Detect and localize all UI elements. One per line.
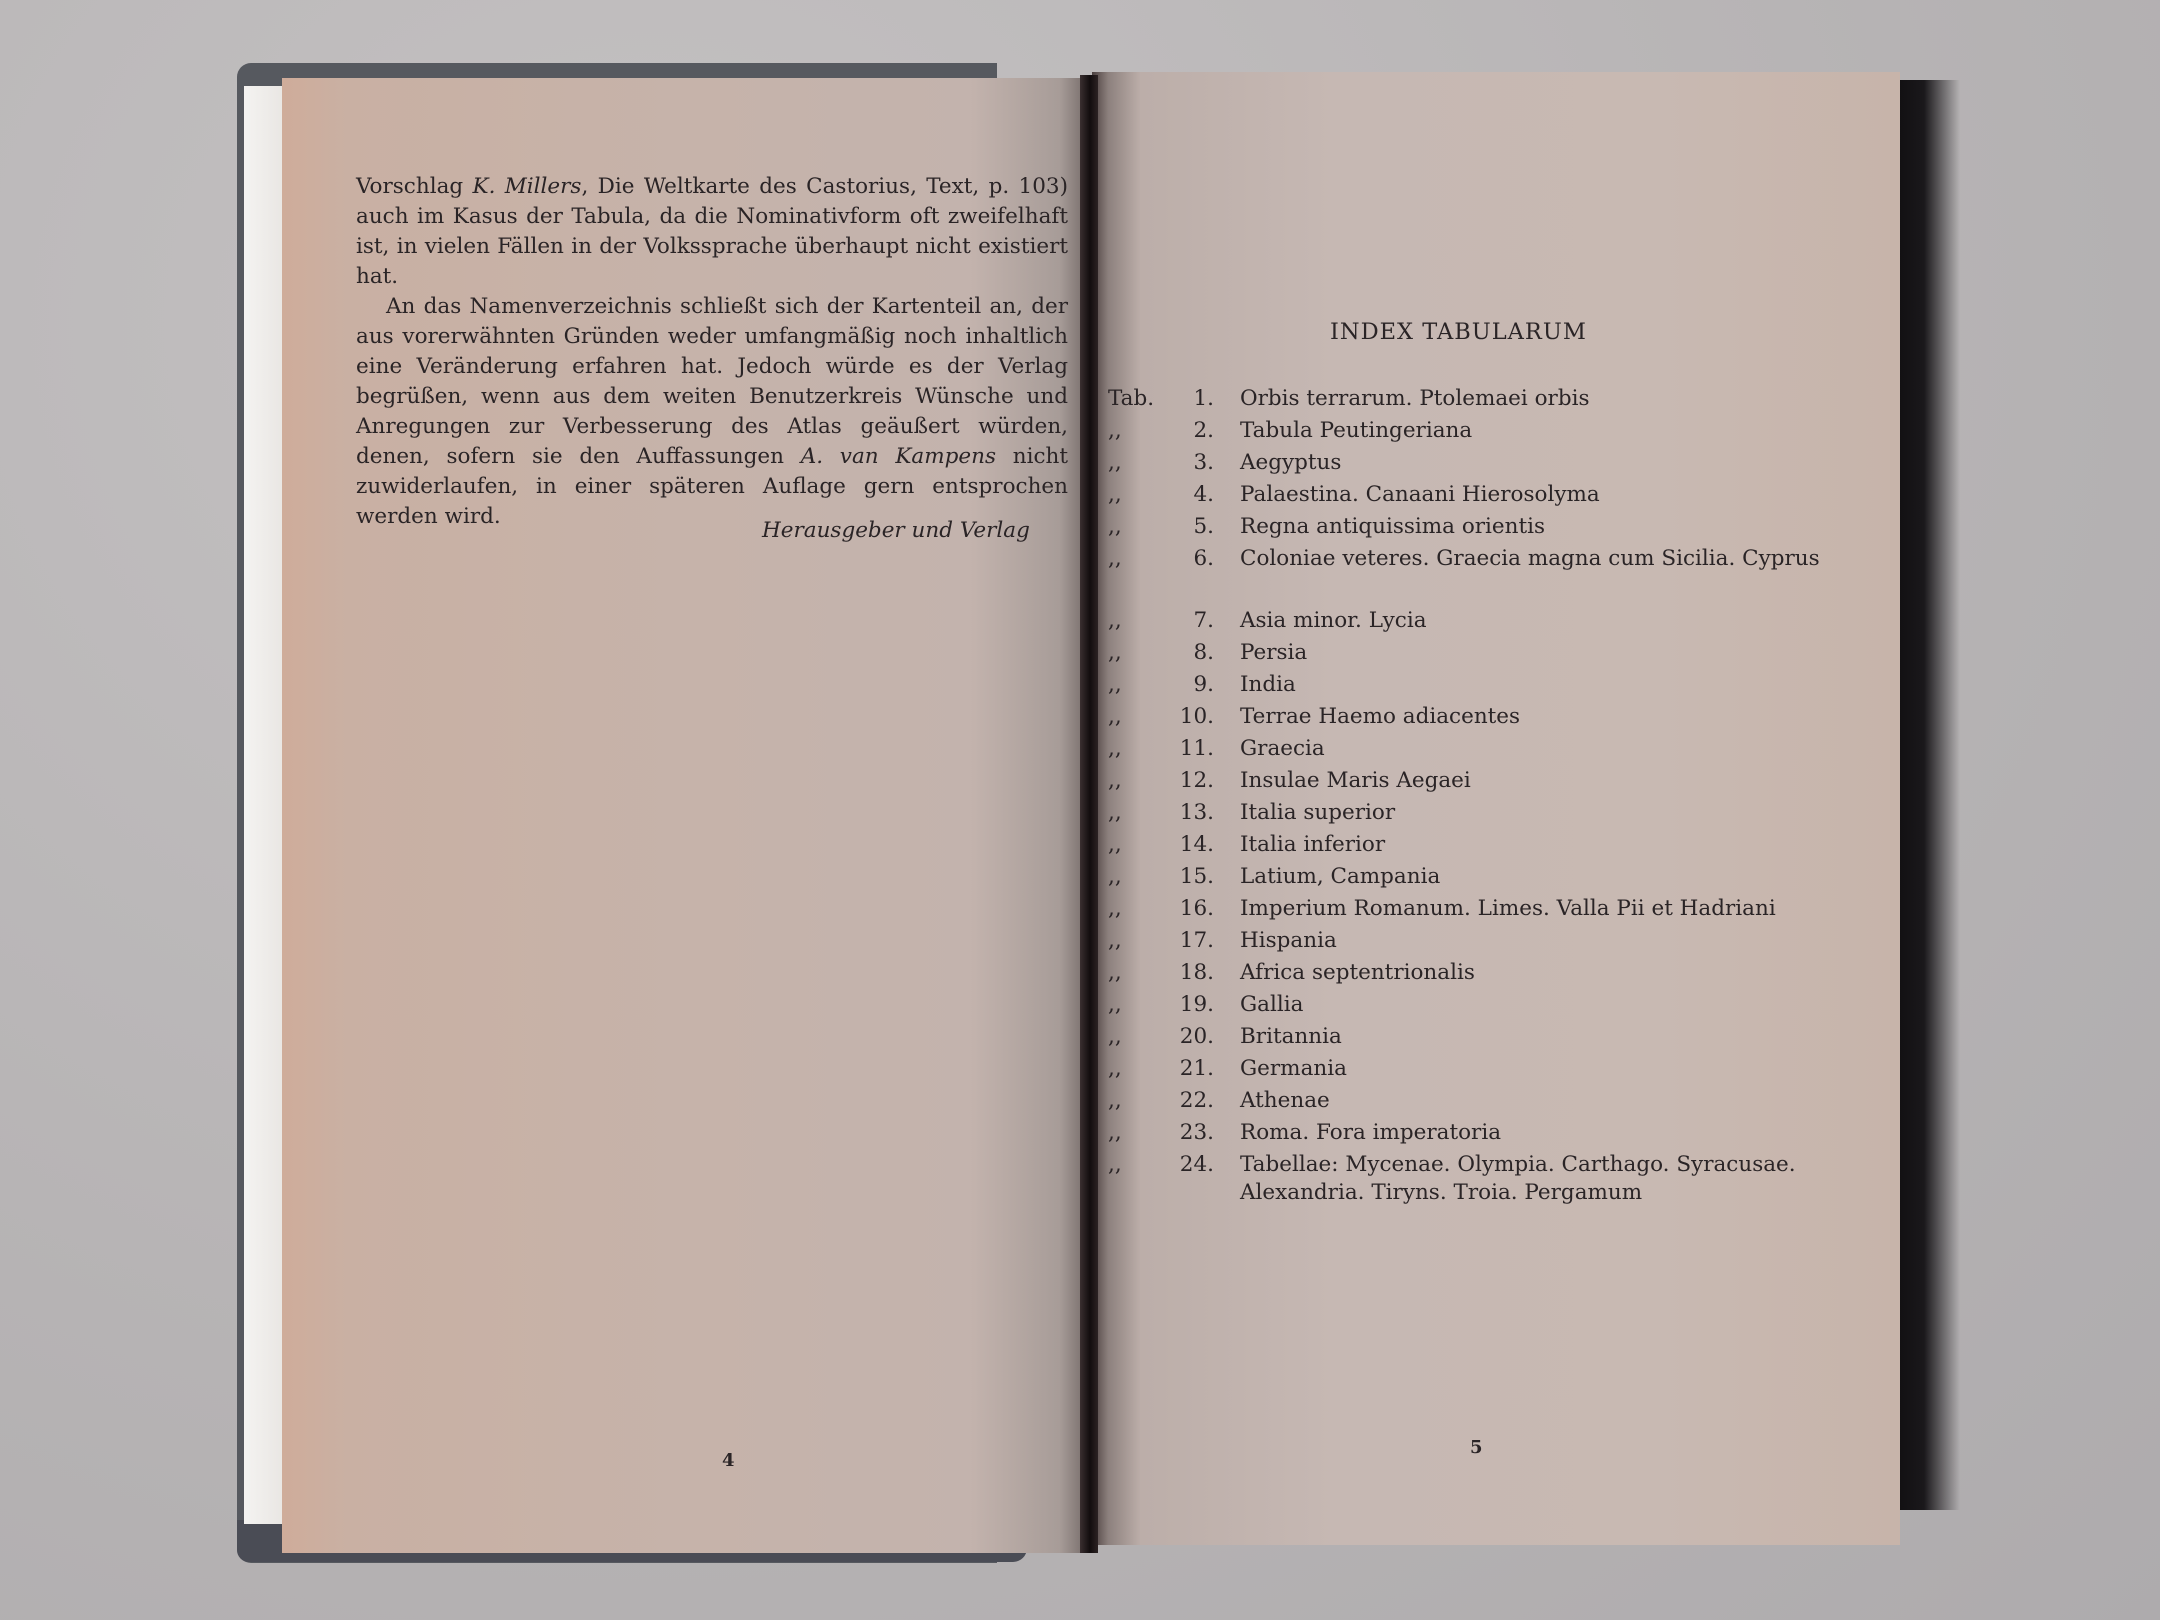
entry-number: 11. [1164, 735, 1214, 763]
page-block-edges [244, 86, 284, 1524]
entry-prefix: ,, [1108, 735, 1164, 763]
entry-number: 22. [1164, 1087, 1214, 1115]
entry-title: Hispania [1240, 927, 1840, 955]
entry-title: Imperium Romanum. Limes. Valla Pii et Ha… [1240, 895, 1840, 923]
index-entry: ,,2.Tabula Peutingeriana [1108, 417, 1868, 449]
index-entry: ,,13.Italia superior [1108, 799, 1868, 831]
index-entry: ,,12.Insulae Maris Aegaei [1108, 767, 1868, 799]
entry-prefix: ,, [1108, 671, 1164, 699]
index-entry: ,,23.Roma. Fora imperatoria [1108, 1119, 1868, 1151]
index-entry: ,,7.Asia minor. Lycia [1108, 607, 1868, 639]
entry-title: Aegyptus [1240, 449, 1840, 477]
paragraph-2: An das Namenverzeichnis schließt sich de… [356, 292, 1068, 532]
entry-number: 21. [1164, 1055, 1214, 1083]
entry-number: 17. [1164, 927, 1214, 955]
entry-number: 2. [1164, 417, 1214, 445]
entry-title: Africa septentrionalis [1240, 959, 1840, 987]
index-entry: ,,19.Gallia [1108, 991, 1868, 1023]
index-entry: ,,6.Coloniae veteres. Graecia magna cum … [1108, 545, 1868, 607]
entry-prefix: ,, [1108, 1151, 1164, 1179]
italic-author-name: A. van Kampens [801, 444, 996, 469]
index-entry: ,,3.Aegyptus [1108, 449, 1868, 481]
entry-prefix: ,, [1108, 767, 1164, 795]
entry-number: 15. [1164, 863, 1214, 891]
entry-number: 8. [1164, 639, 1214, 667]
entry-title: Orbis terrarum. Ptolemaei orbis [1240, 385, 1840, 413]
entry-prefix: ,, [1108, 449, 1164, 477]
entry-title: Gallia [1240, 991, 1840, 1019]
entry-prefix: ,, [1108, 703, 1164, 731]
index-entry: ,,10.Terrae Haemo adiacentes [1108, 703, 1868, 735]
entry-number: 9. [1164, 671, 1214, 699]
index-entry: ,,8.Persia [1108, 639, 1868, 671]
entry-title: Tabellae: Mycenae. Olympia. Carthago. Sy… [1240, 1151, 1840, 1207]
index-entry: ,,22.Athenae [1108, 1087, 1868, 1119]
entry-prefix: ,, [1108, 1119, 1164, 1147]
entry-title: Regna antiquissima orientis [1240, 513, 1840, 541]
index-entry: ,,4.Palaestina. Canaani Hierosolyma [1108, 481, 1868, 513]
index-heading: INDEX TABULARUM [1330, 319, 1587, 345]
entry-prefix: ,, [1108, 863, 1164, 891]
entry-prefix: ,, [1108, 1023, 1164, 1051]
entry-prefix: ,, [1108, 1055, 1164, 1083]
italic-author-name: K. Millers [473, 174, 582, 199]
entry-number: 18. [1164, 959, 1214, 987]
entry-title: Insulae Maris Aegaei [1240, 767, 1840, 795]
entry-number: 1. [1164, 385, 1214, 413]
left-page-body: Vorschlag K. Millers, Die Weltkarte des … [356, 172, 1068, 532]
entry-number: 12. [1164, 767, 1214, 795]
index-entry: ,,9.India [1108, 671, 1868, 703]
entry-title: Graecia [1240, 735, 1840, 763]
entry-title: Palaestina. Canaani Hierosolyma [1240, 481, 1840, 509]
entry-prefix: ,, [1108, 991, 1164, 1019]
entry-title: Tabula Peutingeriana [1240, 417, 1840, 445]
entry-number: 24. [1164, 1151, 1214, 1179]
entry-number: 7. [1164, 607, 1214, 635]
entry-number: 20. [1164, 1023, 1214, 1051]
index-entry: ,,24.Tabellae: Mycenae. Olympia. Carthag… [1108, 1151, 1868, 1213]
entry-title: Roma. Fora imperatoria [1240, 1119, 1840, 1147]
index-entry: ,,14.Italia inferior [1108, 831, 1868, 863]
entry-prefix: ,, [1108, 927, 1164, 955]
index-entry: ,,5.Regna antiquissima orientis [1108, 513, 1868, 545]
entry-number: 23. [1164, 1119, 1214, 1147]
entry-prefix: ,, [1108, 639, 1164, 667]
entry-number: 6. [1164, 545, 1214, 573]
entry-title: Italia superior [1240, 799, 1840, 827]
entry-title: Terrae Haemo adiacentes [1240, 703, 1840, 731]
index-entry: ,,17.Hispania [1108, 927, 1868, 959]
entry-prefix: ,, [1108, 607, 1164, 635]
entry-prefix: ,, [1108, 799, 1164, 827]
entry-title: India [1240, 671, 1840, 699]
entry-title: Latium, Campania [1240, 863, 1840, 891]
entry-title: Asia minor. Lycia [1240, 607, 1840, 635]
text-segment: An das Namenverzeichnis schließt sich de… [356, 294, 1068, 469]
entry-number: 5. [1164, 513, 1214, 541]
index-entry: ,,18.Africa septentrionalis [1108, 959, 1868, 991]
index-list: Tab.1.Orbis terrarum. Ptolemaei orbis ,,… [1108, 385, 1868, 1213]
index-entry: ,,16.Imperium Romanum. Limes. Valla Pii … [1108, 895, 1868, 927]
book-gutter [1080, 75, 1098, 1553]
entry-prefix: ,, [1108, 545, 1164, 573]
right-page: INDEX TABULARUM Tab.1.Orbis terrarum. Pt… [1092, 72, 1900, 1545]
text-segment: Vorschlag [356, 174, 473, 199]
entry-number: 13. [1164, 799, 1214, 827]
entry-title: Persia [1240, 639, 1840, 667]
entry-title: Italia inferior [1240, 831, 1840, 859]
entry-number: 19. [1164, 991, 1214, 1019]
page-number-left: 4 [722, 1450, 735, 1471]
entry-number: 16. [1164, 895, 1214, 923]
entry-title: Germania [1240, 1055, 1840, 1083]
entry-prefix: ,, [1108, 481, 1164, 509]
entry-prefix: ,, [1108, 417, 1164, 445]
index-entry: ,,20.Britannia [1108, 1023, 1868, 1055]
index-entry: ,,21.Germania [1108, 1055, 1868, 1087]
index-entry: ,,11.Graecia [1108, 735, 1868, 767]
entry-number: 3. [1164, 449, 1214, 477]
left-page: Vorschlag K. Millers, Die Weltkarte des … [282, 78, 1092, 1553]
entry-number: 10. [1164, 703, 1214, 731]
entry-prefix: ,, [1108, 831, 1164, 859]
index-entry: Tab.1.Orbis terrarum. Ptolemaei orbis [1108, 385, 1868, 417]
entry-prefix: ,, [1108, 895, 1164, 923]
entry-prefix: ,, [1108, 513, 1164, 541]
paragraph-1: Vorschlag K. Millers, Die Weltkarte des … [356, 172, 1068, 292]
index-entry: ,,15.Latium, Campania [1108, 863, 1868, 895]
entry-prefix: Tab. [1108, 385, 1164, 413]
entry-number: 4. [1164, 481, 1214, 509]
page-number-right: 5 [1470, 1437, 1483, 1458]
signature: Herausgeber und Verlag [762, 518, 1030, 543]
entry-title: Britannia [1240, 1023, 1840, 1051]
entry-prefix: ,, [1108, 1087, 1164, 1115]
entry-number: 14. [1164, 831, 1214, 859]
entry-prefix: ,, [1108, 959, 1164, 987]
entry-title: Coloniae veteres. Graecia magna cum Sici… [1240, 545, 1840, 573]
entry-title: Athenae [1240, 1087, 1840, 1115]
